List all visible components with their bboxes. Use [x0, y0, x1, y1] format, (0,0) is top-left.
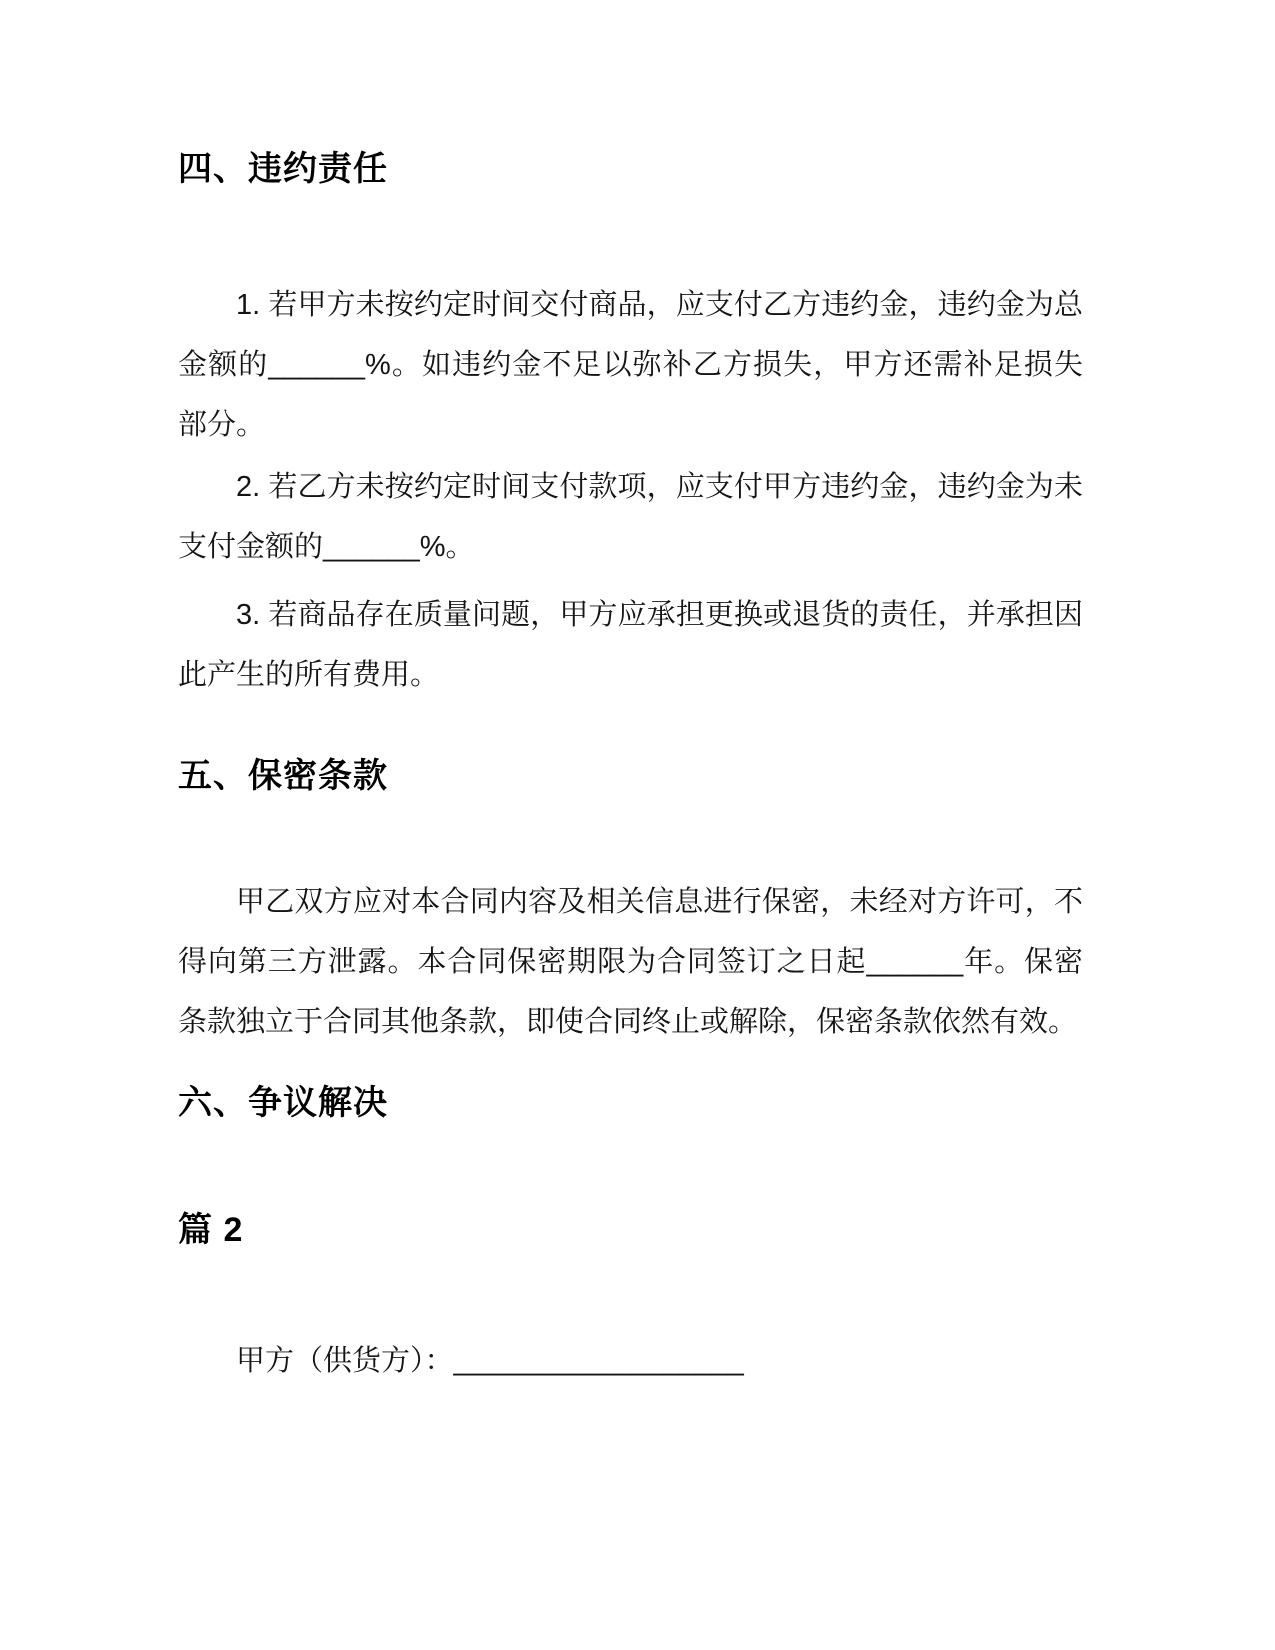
party-a-supplier-line: 甲方（供货方）：__________________: [178, 1331, 1083, 1391]
section-heading-breach-liability: 四、违约责任: [178, 148, 1083, 190]
clause-quality-issue: 3. 若商品存在质量问题，甲方应承担更换或退货的责任，并承担因此产生的所有费用。: [178, 585, 1083, 705]
document-page: 四、违约责任 1. 若甲方未按约定时间交付商品，应支付乙方违约金，违约金为总金额…: [0, 0, 1275, 1650]
clause-late-payment: 2. 若乙方未按约定时间支付款项，应支付甲方违约金，违约金为未支付金额的____…: [178, 457, 1083, 577]
page-content: 四、违约责任 1. 若甲方未按约定时间交付商品，应支付乙方违约金，违约金为总金额…: [0, 0, 1083, 1391]
section-heading-confidentiality: 五、保密条款: [178, 755, 1083, 797]
section-heading-dispute-resolution: 六、争议解决: [178, 1082, 1083, 1124]
confidentiality-body: 甲乙双方应对本合同内容及相关信息进行保密，未经对方许可，不得向第三方泄露。本合同…: [178, 872, 1083, 1052]
clause-late-delivery: 1. 若甲方未按约定时间交付商品，应支付乙方违约金，违约金为总金额的______…: [178, 275, 1083, 455]
part-2-heading: 篇 2: [178, 1209, 1083, 1251]
